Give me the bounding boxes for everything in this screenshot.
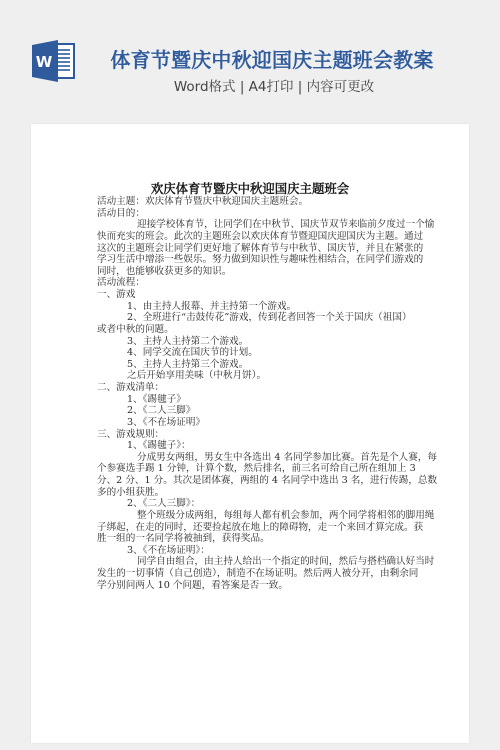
document-line: 分成男女两组，男女生中各选出 4 名同学参加比赛。首先是个人赛，每 [97, 452, 403, 464]
document-body: 活动主题：欢庆体育节暨庆中秋迎国庆主题班会。活动目的：迎接学校体育节，让同学们在… [97, 196, 403, 591]
document-line: 5、主持人主持第三个游戏。 [97, 359, 403, 371]
document-line: 二、游戏清单： [97, 382, 403, 394]
document-line: 2、《二人三脚》 [97, 405, 403, 417]
document-line: 活动目的： [97, 208, 403, 220]
document-line: 这次的主题班会让同学们更好地了解体育节与中秋节、国庆节，并且在紧张的 [97, 243, 403, 255]
document-line: 之后开始享用美味（中秋月饼）。 [97, 370, 403, 382]
document-line: 或者中秋的问题。 [97, 324, 403, 336]
document-line: 1、《踢毽子》： [97, 440, 403, 452]
page-title: 体育节暨庆中秋迎国庆主题班会教案 [0, 44, 500, 73]
document-line: 2、《二人三脚》： [97, 498, 403, 510]
document-line: 整个班级分成两组，每组每人都有机会参加，两个同学将相邻的脚用绳 [97, 510, 403, 522]
document-line: 4、同学交流在国庆节的计划。 [97, 347, 403, 359]
document-line: 分、2 分、1 分。其次是团体赛，两组的 4 名同学中选出 3 名，进行传踢，总… [97, 475, 403, 487]
document-line: 迎接学校体育节，让同学们在中秋节、国庆节双节来临前夕度过一个愉 [97, 219, 403, 231]
document-line: 活动主题：欢庆体育节暨庆中秋迎国庆主题班会。 [97, 196, 403, 208]
document-line: 学习生活中增添一些娱乐。努力做到知识性与趣味性相结合，在同学们游戏的 [97, 254, 403, 266]
document-page: 欢庆体育节暨庆中秋迎国庆主题班会 活动主题：欢庆体育节暨庆中秋迎国庆主题班会。活… [31, 124, 469, 743]
document-line: 同时，也能够收获更多的知识。 [97, 266, 403, 278]
document-line: 3、主持人主持第二个游戏。 [97, 336, 403, 348]
document-line: 胜一组的一名同学将被抽到，获得奖品。 [97, 533, 403, 545]
document-line: 发生的一切事情（自己创造），制造不在场证明。然后两人被分开，由剩余同 [97, 568, 403, 580]
document-line: 3、《不在场证明》： [97, 545, 403, 557]
document-line: 子绑起，在走的同时，还要捡起放在地上的障碍物，走一个来回才算完成。获 [97, 522, 403, 534]
document-line: 学分别问两人 10 个问题，看答案是否一致。 [97, 580, 403, 592]
document-line: 1、《踢毽子》 [97, 394, 403, 406]
document-line: 2、全班进行“击鼓传花”游戏，传到花者回答一个关于国庆（祖国） [97, 312, 403, 324]
document-line: 快而充实的班会。此次的主题班会以欢庆体育节暨迎国庆迎国庆为主题。通过 [97, 231, 403, 243]
document-line: 同学自由组合，由主持人给出一个指定的时间，然后与搭档确认好当时 [97, 556, 403, 568]
document-line: 三、游戏规则： [97, 429, 403, 441]
page-subtitle: Word格式 | A4打印 | 内容可更改 [0, 75, 500, 95]
document-line: 个参赛选手踢 1 分钟，计算个数，然后排名，前三名可给自己所在组加上 3 [97, 463, 403, 475]
document-line: 一、游戏 [97, 289, 403, 301]
document-title: 欢庆体育节暨庆中秋迎国庆主题班会 [31, 179, 469, 197]
document-line: 1、由主持人报幕、并主持第一个游戏。 [97, 301, 403, 313]
document-line: 3、《不在场证明》 [97, 417, 403, 429]
document-line: 活动流程： [97, 277, 403, 289]
document-line: 多的小组获胜。 [97, 487, 403, 499]
